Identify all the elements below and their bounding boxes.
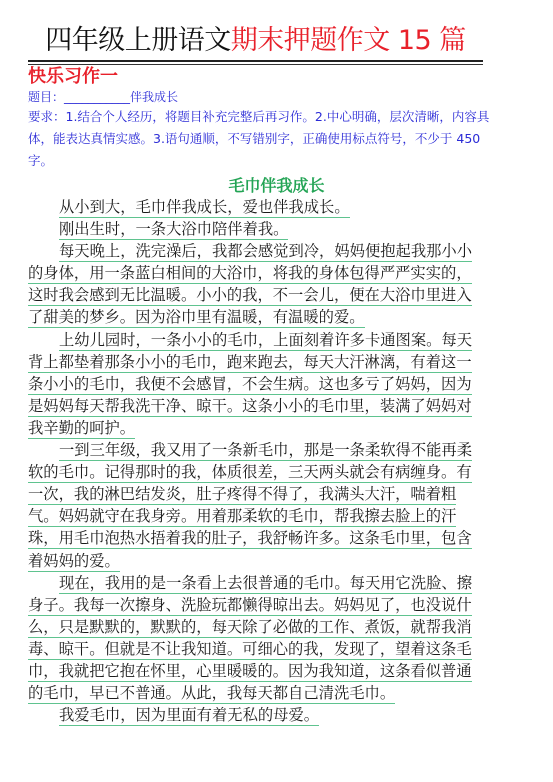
essay-line: 珠，用毛巾泡热水捂着我的肚子，我舒畅许多。这条毛巾里，包含 [28,528,488,550]
essay-line: 一到三年级，我又用了一条新毛巾，那是一条柔软得不能再柔 [28,440,488,462]
essay-line: 每天晚上，洗完澡后，我都会感觉到冷，妈妈便抱起我那小小 [28,241,488,263]
essay-line-text: 我爱毛巾，因为里面有着无私的母爱。 [59,705,319,726]
essay-line: 毒、晾干。但就是不让我知道。可细心的我，发现了，望着这条毛 [28,639,488,661]
essay-line: 一次，我的淋巴结发炎，肚子疼得不得了，我满头大汗，喘着粗 [28,484,488,506]
essay-line-text: 背上都垫着那条小小的毛巾，跑来跑去，每天大汗淋漓，有着这一 [28,352,472,373]
essay-line-text: 软的毛巾。记得那时的我，体质很差，三天两头就会有病缠身。有 [28,462,472,483]
essay-line: 着妈妈的爱。 [28,551,488,573]
essay-line-text: 条小小的毛巾，我便不会感冒，不会生病。这也多亏了妈妈，因为 [28,374,472,395]
essay-line: 我辛勤的呵护。 [28,418,488,440]
essay-line: 刚出生时，一条大浴巾陪伴着我。 [28,219,488,241]
essay-line-text: 珠，用毛巾泡热水捂着我的肚子，我舒畅许多。这条毛巾里，包含 [28,528,472,549]
page-title-red: 期末押题作文 15 篇 [231,25,466,56]
essay-line-text: 着妈妈的爱。 [28,551,120,572]
essay-line: 上幼儿园时，一条小小的毛巾，上面刻着许多卡通图案。每天 [28,330,488,352]
essay-line-text: 么，只是默默的，默默的，每天除了必做的工作、煮饭，就帮我消 [28,617,472,638]
essay-line-text: 从小到大，毛巾伴我成长，爱也伴我成长。 [59,197,350,218]
section-title: 快乐习作一 [28,64,118,90]
essay-line-text: 刚出生时，一条大浴巾陪伴着我。 [59,219,288,240]
essay-line: 气。妈妈就守在我身旁。用着那柔软的毛巾，帮我擦去脸上的汗 [28,506,488,528]
essay-requirements: 要求：1.结合个人经历，将题目补充完整后再习作。2.中心明确，层次清晰，内容具体… [28,106,498,172]
essay-line: 的身体，用一条蓝白相间的大浴巾，将我的身体包得严严实实的， [28,263,488,285]
essay-line: 的毛巾，早已不普通。从此，我每天都自己清洗毛巾。 [28,683,488,705]
title-divider-thick [28,60,483,62]
essay-line: 这时我会感到无比温暖。小小的我，不一会儿，便在大浴巾里进入 [28,285,488,307]
essay-line-text: 是妈妈每天帮我洗干净、晾干。这条小小的毛巾里，装满了妈妈对 [28,396,472,417]
essay-line-text: 毒、晾干。但就是不让我知道。可细心的我，发现了，望着这条毛 [28,639,472,660]
essay-line: 身子。我每一次擦身、洗脸玩都懒得晾出去。妈妈见了，也没说什 [28,595,488,617]
essay-line-text: 气。妈妈就守在我身旁。用着那柔软的毛巾，帮我擦去脸上的汗 [28,506,456,527]
essay-line: 么，只是默默的，默默的，每天除了必做的工作、煮饭，就帮我消 [28,617,488,639]
essay-line-text: 我辛勤的呵护。 [28,418,135,439]
page-title-black: 四年级上册语文 [45,25,231,56]
essay-line: 我爱毛巾，因为里面有着无私的母爱。 [28,705,488,727]
essay-line-text: 身子。我每一次擦身、洗脸玩都懒得晾出去。妈妈见了，也没说什 [28,595,472,616]
essay-body: 从小到大，毛巾伴我成长，爱也伴我成长。刚出生时，一条大浴巾陪伴着我。每天晚上，洗… [28,197,488,727]
essay-line-text: 现在，我用的是一条看上去很普通的毛巾。每天用它洗脸、擦 [59,573,472,594]
essay-title: 毛巾伴我成长 [0,175,553,197]
page-title: 四年级上册语文期末押题作文 15 篇 [28,24,483,58]
essay-line-text: 每天晚上，洗完澡后，我都会感觉到冷，妈妈便抱起我那小小 [59,241,472,262]
essay-line-text: 一到三年级，我又用了一条新毛巾，那是一条柔软得不能再柔 [59,440,472,461]
essay-line: 条小小的毛巾，我便不会感冒，不会生病。这也多亏了妈妈，因为 [28,374,488,396]
essay-line-text: 的毛巾，早已不普通。从此，我每天都自己清洗毛巾。 [28,683,395,704]
essay-line-text: 巾，我就把它抱在怀里，心里暖暖的。因为我知道，这条看似普通 [28,661,472,682]
essay-line: 是妈妈每天帮我洗干净、晾干。这条小小的毛巾里，装满了妈妈对 [28,396,488,418]
essay-line-text: 的身体，用一条蓝白相间的大浴巾，将我的身体包得严严实实的， [28,263,472,284]
document-header: 四年级上册语文期末押题作文 15 篇 [28,24,483,58]
essay-line: 了甜美的梦乡。因为浴巾里有温暖，有温暖的爱。 [28,307,488,329]
essay-line-text: 一次，我的淋巴结发炎，肚子疼得不得了，我满头大汗，喘着粗 [28,484,456,505]
essay-line: 从小到大，毛巾伴我成长，爱也伴我成长。 [28,197,488,219]
essay-line-text: 上幼儿园时，一条小小的毛巾，上面刻着许多卡通图案。每天 [59,330,472,351]
essay-line-text: 这时我会感到无比温暖。小小的我，不一会儿，便在大浴巾里进入 [28,285,472,306]
essay-line: 现在，我用的是一条看上去很普通的毛巾。每天用它洗脸、擦 [28,573,488,595]
essay-topic: 题目：___________伴我成长 [28,89,178,105]
essay-line: 巾，我就把它抱在怀里，心里暖暖的。因为我知道，这条看似普通 [28,661,488,683]
essay-line-text: 了甜美的梦乡。因为浴巾里有温暖，有温暖的爱。 [28,307,365,328]
essay-line: 背上都垫着那条小小的毛巾，跑来跑去，每天大汗淋漓，有着这一 [28,352,488,374]
essay-line: 软的毛巾。记得那时的我，体质很差，三天两头就会有病缠身。有 [28,462,488,484]
